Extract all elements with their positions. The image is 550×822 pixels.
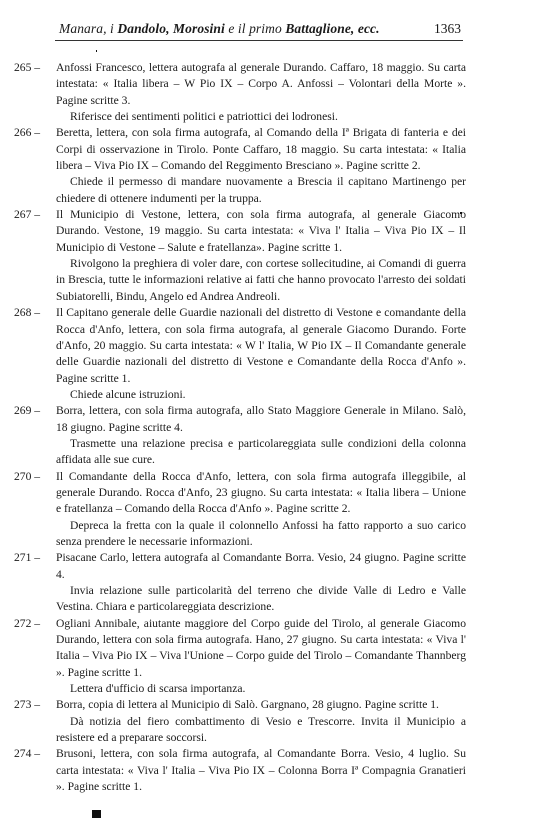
entry-summary: Lettera d'ufficio di scarsa importanza.	[56, 681, 466, 697]
title-part: Manara, i	[59, 21, 117, 36]
entry-number: 266 –	[14, 125, 56, 141]
entry-summary: Chiede il permesso di mandare nuovamente…	[56, 174, 466, 207]
entry-number: 271 –	[14, 550, 56, 566]
entry-272: 272 – Ogliani Annibale, aiutante maggior…	[14, 616, 466, 698]
entry-number: 274 –	[14, 746, 56, 762]
entry-description: Beretta, lettera, con sola firma autogra…	[56, 125, 466, 174]
page-number: 1363	[434, 21, 461, 37]
scan-dust-speck	[460, 212, 462, 214]
entry-summary: Rivolgono la preghiera di voler dare, co…	[56, 256, 466, 305]
entry-description: Anfossi Francesco, lettera autografa al …	[56, 60, 466, 109]
book-page: Manara, i Dandolo, Morosini e il primo B…	[0, 0, 550, 822]
entry-description: Il Municipio di Vestone, lettera, con so…	[56, 207, 466, 256]
entry-description: Il Capitano generale delle Guardie nazio…	[56, 305, 466, 387]
entry-271: 271 – Pisacane Carlo, lettera autografa …	[14, 550, 466, 615]
entry-number: 265 –	[14, 60, 56, 76]
entry-summary: Chiede alcune istruzioni.	[56, 387, 466, 403]
entry-description: Pisacane Carlo, lettera autografa al Com…	[56, 550, 466, 583]
entry-summary: Invia relazione sulle particolarità del …	[56, 583, 466, 616]
entries-list: 265 – Anfossi Francesco, lettera autogra…	[14, 60, 466, 795]
entry-269: 269 – Borra, lettera, con sola firma aut…	[14, 403, 466, 468]
entry-number: 273 –	[14, 697, 56, 713]
title-bold-part: Battaglione, ecc.	[285, 21, 379, 36]
entry-number: 270 –	[14, 469, 56, 485]
entry-number: 272 –	[14, 616, 56, 632]
scan-artifact-mark	[92, 810, 101, 818]
entry-266: 266 – Beretta, lettera, con sola firma a…	[14, 125, 466, 207]
entry-description: Borra, lettera, con sola firma autografa…	[56, 403, 466, 436]
entry-summary: Riferisce dei sentimenti politici e patr…	[56, 109, 466, 125]
running-header: Manara, i Dandolo, Morosini e il primo B…	[55, 20, 463, 41]
entry-description: Borra, copia di lettera al Municipio di …	[56, 697, 466, 713]
entry-number: 269 –	[14, 403, 56, 419]
entry-265: 265 – Anfossi Francesco, lettera autogra…	[14, 60, 466, 125]
entry-number: 267 –	[14, 207, 56, 223]
entry-summary: Dà notizia del fiero combattimento di Ve…	[56, 714, 466, 747]
entry-270: 270 – Il Comandante della Rocca d'Anfo, …	[14, 469, 466, 551]
entry-description: Ogliani Annibale, aiutante maggiore del …	[56, 616, 466, 681]
scan-dust-speck	[96, 50, 97, 52]
running-title: Manara, i Dandolo, Morosini e il primo B…	[59, 21, 380, 37]
entry-273: 273 – Borra, copia di lettera al Municip…	[14, 697, 466, 746]
title-bold-part: Dandolo, Morosini	[117, 21, 224, 36]
entry-274: 274 – Brusoni, lettera, con sola firma a…	[14, 746, 466, 795]
entry-268: 268 – Il Capitano generale delle Guardie…	[14, 305, 466, 403]
entry-summary: Trasmette una relazione precisa e partic…	[56, 436, 466, 469]
title-part: e il primo	[225, 21, 285, 36]
entry-description: Il Comandante della Rocca d'Anfo, letter…	[56, 469, 466, 518]
entry-summary: Depreca la fretta con la quale il colonn…	[56, 518, 466, 551]
entry-267: 267 – Il Municipio di Vestone, lettera, …	[14, 207, 466, 305]
entry-description: Brusoni, lettera, con sola firma autogra…	[56, 746, 466, 795]
entry-number: 268 –	[14, 305, 56, 321]
